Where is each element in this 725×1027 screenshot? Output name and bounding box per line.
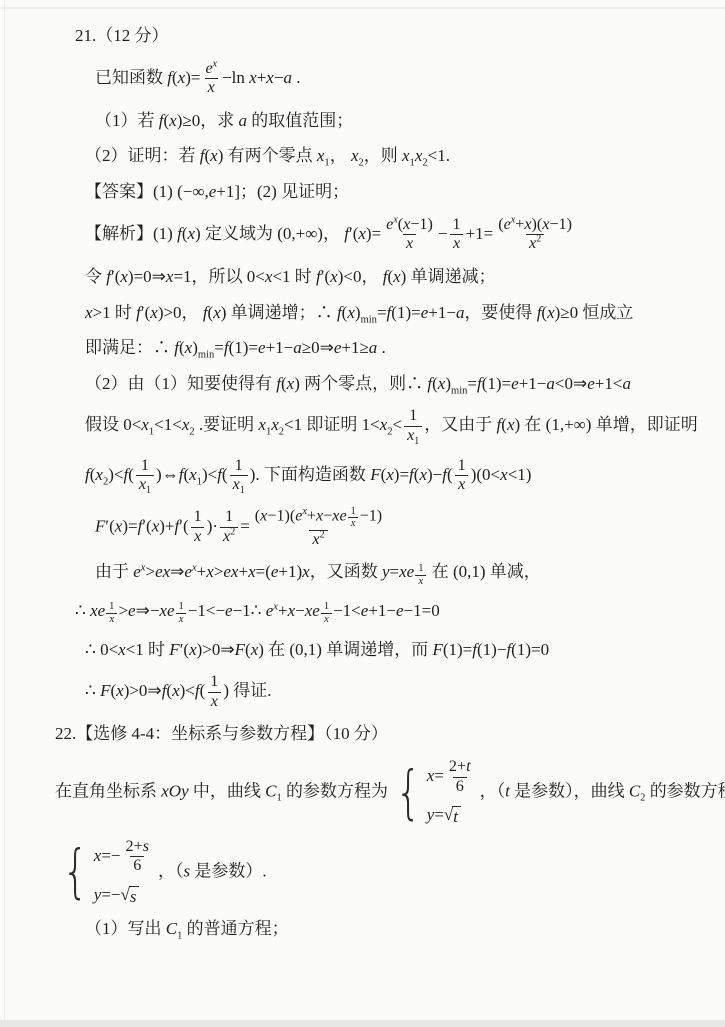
fraction: 1x (106, 601, 117, 626)
fraction: 1x2 (220, 508, 238, 546)
part2-line6: ∴ xe1x>e⇒−xe1x−1<−e−1∴ ex+x−xe1x−1<e+1−e… (0, 599, 697, 627)
analysis-1: 【解析】(1) f(x) 定义域为 (0,+∞)， f′(x)=ex(x−1)x… (0, 216, 697, 254)
fraction: ex(x−1)x (383, 216, 436, 254)
part2-line7: ∴ 0<x<1 时 F′(x)>0⇒F(x) 在 (0,1) 单调递增，而 F(… (0, 638, 697, 663)
scan-artifact-top (0, 7, 725, 9)
fraction: 1x (455, 457, 469, 495)
document-page: 21.（12 分）已知函数 f(x)=exx−ln x+x−a .（1）若 f(… (0, 0, 725, 1027)
answer: 【答案】(1) (−∞,e+1]；(2) 见证明； (0, 180, 697, 205)
q22-given-2: {x=−2+s6y=−√s，（s 是参数）. (0, 838, 697, 907)
fraction: 1x (207, 673, 221, 711)
q22-number: 22.【选修 4-4：坐标系与参数方程】（10 分） (0, 722, 697, 747)
fraction: (ex+x)(x−1)x2 (495, 216, 575, 254)
left-brace-icon: { (396, 768, 422, 817)
q21-given: 已知函数 f(x)=exx−ln x+x−a . (0, 60, 697, 98)
fraction: 1x1 (230, 457, 248, 495)
fraction: 1x (321, 601, 332, 626)
q21-number: 21.（12 分） (0, 24, 697, 49)
q21-part1: （1）若 f(x)≥0，求 a 的取值范围； (0, 109, 697, 134)
fraction: 2+t6 (446, 758, 474, 796)
q21-part2: （2）证明：若 f(x) 有两个零点 x1， x2，则 x1x2<1. (0, 144, 697, 169)
analysis-3: x>1 时 f′(x)>0， f(x) 单调递增；∴ f(x)min=f(1)=… (0, 301, 697, 326)
radical: √t (444, 806, 461, 827)
fraction: 1x (348, 506, 359, 530)
analysis-4: 即满足：∴ f(x)min=f(1)=e+1−a≥0⇒e+1≥a . (0, 336, 697, 361)
part2-line3: f(x2)<f(1x1)⇔f(x1)<f(1x1). 下面构造函数 F(x)=f… (0, 457, 697, 495)
fraction: 2+s6 (123, 838, 152, 876)
fraction: (x−1)(ex+x−xe1x−1)x2 (252, 506, 385, 550)
fraction: 1x1 (136, 457, 154, 495)
document-lines: 21.（12 分）已知函数 f(x)=exx−ln x+x−a .（1）若 f(… (0, 24, 697, 942)
fraction: 1x (191, 508, 205, 546)
part2-line4: F′(x)=f′(x)+f′(1x)·1x2=(x−1)(ex+x−xe1x−1… (0, 506, 697, 550)
left-brace-icon: { (63, 847, 89, 896)
scan-artifact-left (4, 0, 5, 1027)
part2-line5: 由于 ex>ex⇒ex+x>ex+x=(e+1)x，又函数 y=xe1x 在 (… (0, 560, 697, 588)
fraction: exx (202, 60, 220, 98)
radical: √s (121, 886, 140, 907)
q22-given-1: 在直角坐标系 xOy 中，曲线 C1 的参数方程为{x=2+t6y=√t，（t … (0, 758, 697, 827)
parametric-system: {x=2+t6y=√t (390, 758, 476, 827)
fraction: 1x (176, 601, 187, 626)
parametric-system: {x=−2+s6y=−√s (57, 838, 154, 907)
fraction: 1x1 (404, 407, 422, 445)
analysis-2: 令 f′(x)=0⇒x=1，所以 0<x<1 时 f′(x)<0， f(x) 单… (0, 265, 697, 290)
q22-part1: （1）写出 C1 的普通方程； (0, 917, 697, 942)
scan-artifact-bottom (0, 1020, 725, 1027)
fraction: 1x (415, 563, 426, 588)
part2-line2: 假设 0<x1<1<x2 .要证明 x1x2<1 即证明 1<x2<1x1，又由… (0, 407, 697, 445)
fraction: 1x (449, 216, 463, 254)
part2-line1: （2）由（1）知要使得有 f(x) 两个零点，则∴ f(x)min=f(1)=e… (0, 372, 697, 397)
part2-line8: ∴ F(x)>0⇒f(x)<f(1x) 得证. (0, 673, 697, 711)
